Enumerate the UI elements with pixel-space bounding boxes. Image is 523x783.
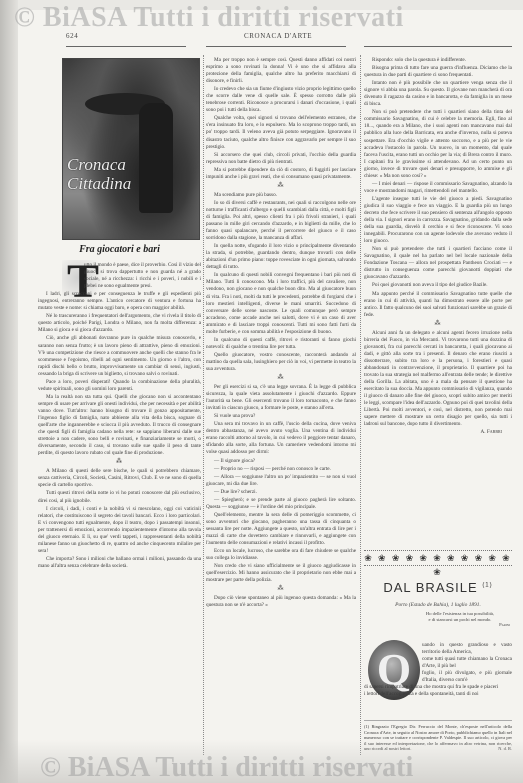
paragraph: Ecco un locale, lucroso, che sarebbe ora… bbox=[206, 548, 356, 562]
dialogue-line: — Proprio no — risposi — perché non cono… bbox=[206, 466, 356, 473]
section-asterism: ⁂ bbox=[206, 183, 356, 190]
dateline: Porto (Estado de Bahia), 1 luglio 1891. bbox=[364, 602, 512, 608]
paragraph: Per gli esercizi si sa, c'è una legge so… bbox=[206, 384, 356, 412]
section-asterism: ⁂ bbox=[206, 586, 356, 593]
dialogue-line: — Due lire? scherzi. bbox=[206, 489, 356, 496]
article-title: DAL BRASILE (1) bbox=[364, 580, 512, 595]
paragraph: Ma scendiamo pure più basso. bbox=[206, 192, 356, 199]
paragraph: In quella notte, sfogando il loro vizio … bbox=[206, 243, 356, 271]
paragraph: Una sera mi trovavo in un caffè, l'uscio… bbox=[206, 421, 356, 456]
paragraph: I circoli, i dadi, i conti e la nobiltà … bbox=[38, 506, 201, 555]
paragraph: Quello giuocatore, vostro conoscente, ra… bbox=[206, 352, 356, 373]
text-line: di sapersi rimpatriare di una che mostra… bbox=[364, 684, 512, 691]
article-body: uando in questo grandioso e vasto territ… bbox=[364, 642, 512, 698]
author-signature: A. Fabbri bbox=[364, 429, 512, 436]
paragraph: Non si può pretendere che tutti i quarti… bbox=[364, 109, 512, 179]
paragraph: Non si può pretendere che tutti i quarti… bbox=[364, 246, 512, 281]
paragraph: Alcuni anni fa un delegato e alcuni agen… bbox=[364, 330, 512, 429]
paragraph: Che importa? Sono i milioni che ballano … bbox=[38, 556, 201, 570]
header-rule bbox=[364, 46, 512, 47]
illustration-lettering: Cronaca Cittadina bbox=[67, 155, 131, 193]
dialogue-line: — Spiegherò; e se prende parte al giuoco… bbox=[206, 497, 356, 511]
paragraph: In qualcuno di questi caffè, ritrovi e r… bbox=[206, 337, 356, 351]
section-asterism: ⁂ bbox=[38, 459, 201, 466]
column-1-body: utto il mondo è paese, dice il proverbio… bbox=[38, 262, 201, 571]
paragraph: Io credevo che sia un fiume d'ingiusto v… bbox=[206, 86, 356, 114]
paragraph: Qualche volta, quei signori si trovano d… bbox=[206, 115, 356, 150]
paragraph: L'agente insegue tutti le vie del giuoco… bbox=[364, 196, 512, 245]
paragraph: Tutti questi ritrovi della notte io vi h… bbox=[38, 490, 201, 504]
text-line: foglio, il più divulgato, e più giornale… bbox=[364, 670, 512, 684]
text-line: i lettori dell'accoglienza e della spont… bbox=[364, 691, 512, 698]
paragraph: Intanto non è più possibile che un quart… bbox=[364, 80, 512, 108]
epigraph-author: Parini bbox=[410, 622, 510, 628]
paragraph: Si vuole una prova? bbox=[206, 413, 356, 420]
paragraph: utto il mondo è paese, dice il proverbio… bbox=[38, 262, 201, 290]
column-3-body: Rispondo: solo che la questura è indiffe… bbox=[364, 57, 512, 437]
copyright-watermark: © BiASA Tutti i diritti riservati bbox=[14, 2, 404, 34]
paragraph: Ciò, anche gli abbonati dovranno pure in… bbox=[38, 335, 201, 377]
section-asterism: ⁂ bbox=[206, 375, 356, 382]
column-divider bbox=[203, 55, 204, 755]
text-line: come tutti quasi tutte chiamano la Crona… bbox=[364, 656, 512, 670]
section-asterism: ⁂ bbox=[364, 321, 512, 328]
paragraph: Quell'elemento, mentre la sera delle di … bbox=[206, 512, 356, 547]
text-line: uando in questo grandioso e vasto territ… bbox=[364, 642, 512, 656]
paragraph: Rispondo: solo che la questura è indiffe… bbox=[364, 57, 512, 64]
column-divider bbox=[360, 55, 361, 755]
header-illustration: Cronaca Cittadina bbox=[62, 58, 200, 240]
header-rule bbox=[66, 46, 186, 47]
paragraph: A Milano di questi delle sere bische, le… bbox=[38, 468, 201, 489]
dialogue-line: — I miei denari — rispose il commissario… bbox=[364, 181, 512, 195]
paragraph: Io so di diversi caffè e restaurants, ne… bbox=[206, 200, 356, 242]
copyright-watermark-bottom: © BiASA Tutti i diritti riservati bbox=[40, 752, 413, 783]
paragraph: Ma appunto perché il commissario Savagna… bbox=[364, 291, 512, 319]
paragraph: Pace a loro, poveri disperati! Quando la… bbox=[38, 379, 201, 393]
page-edge-shadow bbox=[0, 0, 18, 783]
epigraph: Ho delle l'esistenza in tua possibilità,… bbox=[410, 611, 510, 628]
dialogue-line: — Allora — soggiunse l'altro un po' impa… bbox=[206, 474, 356, 488]
paragraph: I ladri, gli scrocconi e per conseguenza… bbox=[38, 291, 201, 312]
article-title: Fra giocatori e bari bbox=[38, 244, 201, 255]
ornamental-divider: ❀ ❀ ❀ ❀ ❀ ❀ ❀ ❀ ❀ ❀ ❀ ❀ bbox=[364, 550, 512, 566]
dialogue-line: — Il signore gioca? bbox=[206, 458, 356, 465]
standing-figure bbox=[139, 103, 173, 213]
column-2-body: Ma per troppo non è sempre così. Questi … bbox=[206, 57, 356, 610]
paragraph: Dopo ciò viene spontaneo al più ingenuo … bbox=[206, 595, 356, 609]
header-rule bbox=[206, 46, 346, 47]
paragraph: Ma si potrebbe dipendere da ciò di costo… bbox=[206, 167, 356, 181]
paragraph: Si accorsero che quei club, circoli priv… bbox=[206, 152, 356, 166]
paragraph: In qualcuno di questi nobili convegni fr… bbox=[206, 272, 356, 335]
paragraph: Ma per troppo non è sempre così. Questi … bbox=[206, 57, 356, 85]
paragraph: Bisogna prima di tutto fare una guerra d… bbox=[364, 65, 512, 79]
paragraph: Ma la realtà non sta tutta qui. Quelli c… bbox=[38, 394, 201, 457]
paragraph: Né lo trascureranno i frequentatori dell… bbox=[38, 313, 201, 334]
paragraph: Non credo che vi siano ufficialmente se … bbox=[206, 563, 356, 584]
footnote-marker: (1) bbox=[482, 583, 492, 589]
paragraph: Poi quei giovanotti non aveva il tipo de… bbox=[364, 282, 512, 289]
